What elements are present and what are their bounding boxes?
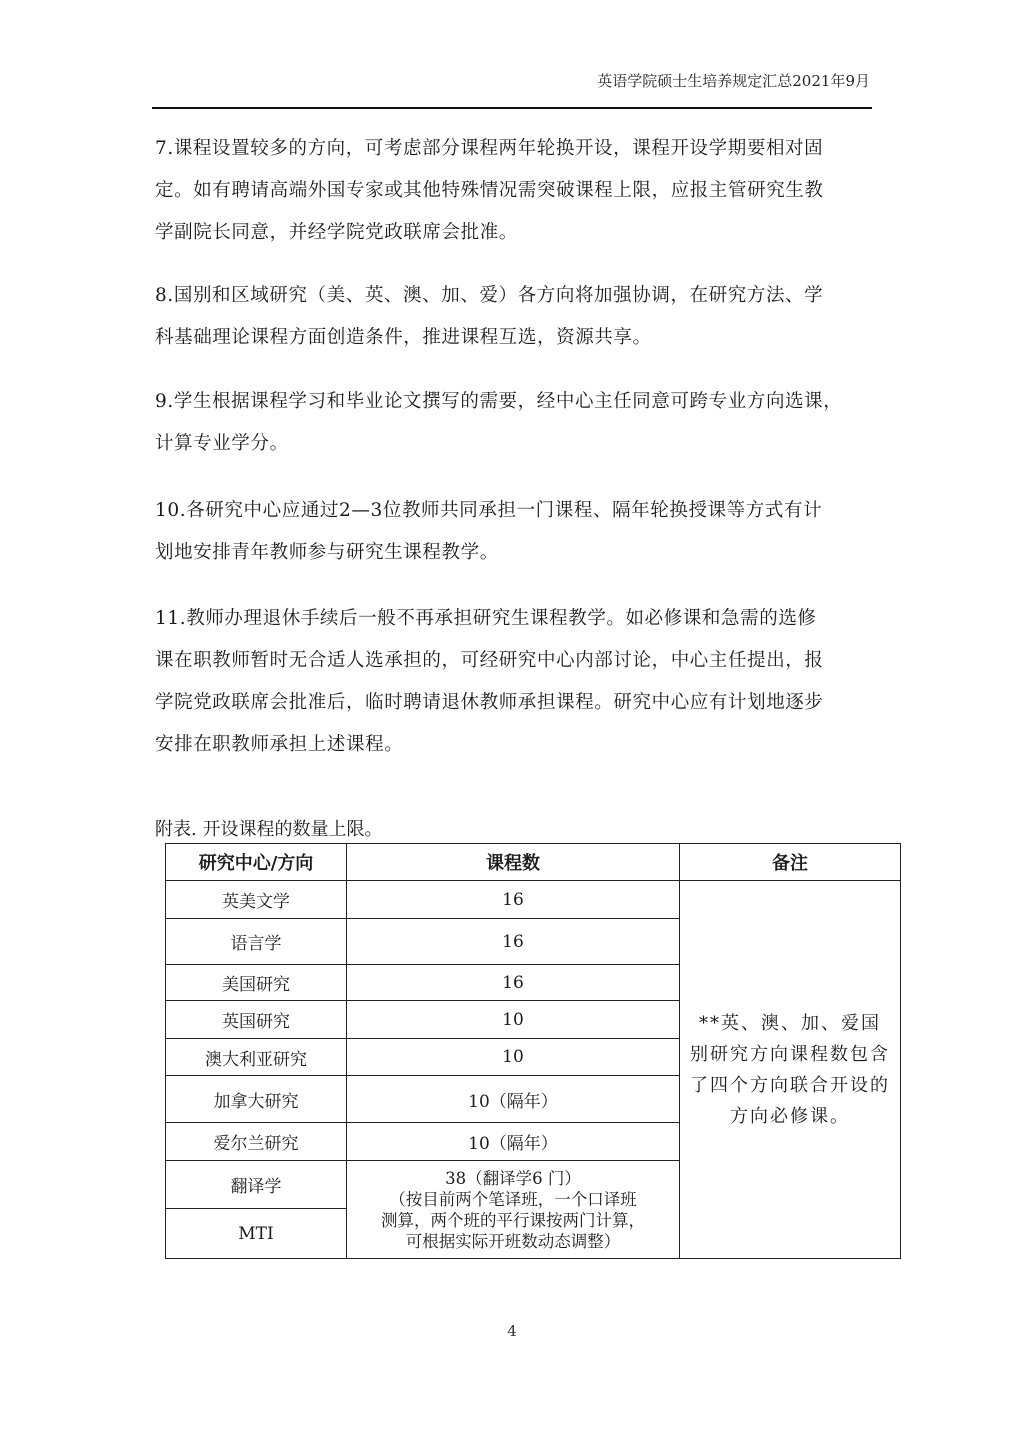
count-cell: 16 (347, 919, 680, 965)
count-line: 测算，两个班的平行课按两门计算， (347, 1210, 679, 1231)
header-divider (152, 107, 872, 109)
table-caption: 附表. 开设课程的数量上限。 (155, 818, 382, 842)
paragraph-line: 定。如有聘请高端外国专家或其他特殊情况需突破课程上限，应报主管研究生教 (155, 170, 880, 212)
center-cell: 英美文学 (166, 881, 347, 919)
paragraph-line: 8.国别和区域研究（美、英、澳、加、爱）各方向将加强协调，在研究方法、学 (155, 275, 880, 317)
center-cell: MTI (166, 1209, 347, 1259)
running-header: 英语学院硕士生培养规定汇总2021年9月 (597, 70, 870, 91)
center-cell: 翻译学 (166, 1161, 347, 1209)
paragraph-line: 10.各研究中心应通过2—3位教师共同承担一门课程、隔年轮换授课等方式有计 (155, 490, 880, 532)
paragraph-line: 划地安排青年教师参与研究生课程教学。 (155, 532, 880, 574)
course-limits-table: 研究中心/方向 课程数 备注 英美文学 16 **英、澳、加、爱国别研究方向课程… (165, 843, 901, 1259)
center-cell: 爱尔兰研究 (166, 1123, 347, 1161)
count-cell: 16 (347, 881, 680, 919)
paragraph-line: 课在职教师暂时无合适人选承担的，可经研究中心内部讨论，中心主任提出，报 (155, 640, 880, 682)
paragraph-9: 9.学生根据课程学习和毕业论文撰写的需要，经中心主任同意可跨专业方向选课， 计算… (155, 381, 880, 465)
count-cell: 10 (347, 1039, 680, 1076)
count-line: 可根据实际开班数动态调整） (347, 1231, 679, 1252)
page-number: 4 (0, 1322, 1024, 1340)
paragraph-line: 科基础理论课程方面创造条件，推进课程互选，资源共享。 (155, 317, 880, 359)
paragraph-7: 7.课程设置较多的方向，可考虑部分课程两年轮换开设，课程开设学期要相对固 定。如… (155, 128, 880, 254)
note-cell: **英、澳、加、爱国别研究方向课程数包含了四个方向联合开设的方向必修课。 (680, 881, 901, 1259)
paragraph-line: 学副院长同意，并经学院党政联席会批准。 (155, 212, 880, 254)
center-cell: 英国研究 (166, 1001, 347, 1039)
paragraph-line: 9.学生根据课程学习和毕业论文撰写的需要，经中心主任同意可跨专业方向选课， (155, 381, 880, 423)
paragraph-line: 安排在职教师承担上述课程。 (155, 724, 880, 766)
paragraph-line: 计算专业学分。 (155, 423, 880, 465)
table-header-row: 研究中心/方向 课程数 备注 (166, 844, 901, 881)
count-line: 38（翻译学6 门） (347, 1168, 679, 1189)
table-row: 英美文学 16 **英、澳、加、爱国别研究方向课程数包含了四个方向联合开设的方向… (166, 881, 901, 919)
center-cell: 美国研究 (166, 965, 347, 1001)
center-cell: 澳大利亚研究 (166, 1039, 347, 1076)
paragraph-8: 8.国别和区域研究（美、英、澳、加、爱）各方向将加强协调，在研究方法、学 科基础… (155, 275, 880, 359)
paragraph-10: 10.各研究中心应通过2—3位教师共同承担一门课程、隔年轮换授课等方式有计 划地… (155, 490, 880, 574)
paragraph-line: 11.教师办理退休手续后一般不再承担研究生课程教学。如必修课和急需的选修 (155, 598, 880, 640)
column-header-center: 研究中心/方向 (166, 844, 347, 881)
count-cell: 10（隔年） (347, 1076, 680, 1123)
paragraph-line: 学院党政联席会批准后，临时聘请退休教师承担课程。研究中心应有计划地逐步 (155, 682, 880, 724)
center-cell: 加拿大研究 (166, 1076, 347, 1123)
count-cell: 16 (347, 965, 680, 1001)
column-header-note: 备注 (680, 844, 901, 881)
count-cell: 10 (347, 1001, 680, 1039)
count-cell: 10（隔年） (347, 1123, 680, 1161)
translation-count-cell: 38（翻译学6 门） （按目前两个笔译班，一个口译班 测算，两个班的平行课按两门… (347, 1161, 680, 1259)
count-line: （按目前两个笔译班，一个口译班 (347, 1189, 679, 1210)
center-cell: 语言学 (166, 919, 347, 965)
paragraph-line: 7.课程设置较多的方向，可考虑部分课程两年轮换开设，课程开设学期要相对固 (155, 128, 880, 170)
paragraph-11: 11.教师办理退休手续后一般不再承担研究生课程教学。如必修课和急需的选修 课在职… (155, 598, 880, 766)
column-header-count: 课程数 (347, 844, 680, 881)
